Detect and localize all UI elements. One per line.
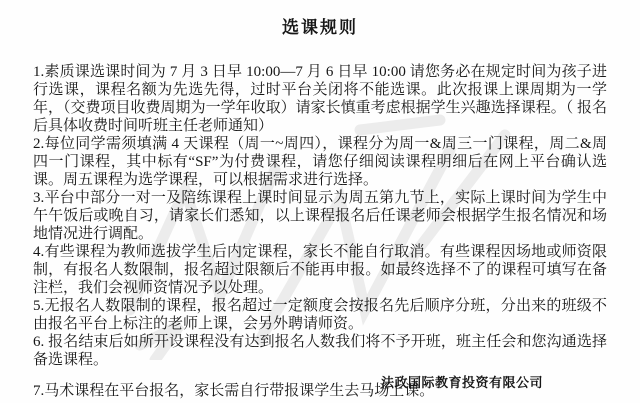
rules-list: 1.素质课选课时间为 7 月 3 日早 10:00—7 月 6 日早 10:00… xyxy=(0,38,640,400)
rule-paragraph-2: 2.每位同学需须填满 4 天课程（周一~周四），课程分为周一&周三一门课程，周二… xyxy=(33,135,607,189)
page-title: 选课规则 xyxy=(0,0,640,38)
rule-paragraph-6: 6. 报名结束后如所开设课程没有达到报名人数我们将不予开班，班主任会和您沟通选择… xyxy=(33,333,607,369)
company-signature: 法政国际教育投资有限公司 xyxy=(381,372,543,391)
rule-paragraph-4: 4.有些课程为教师选拔学生后内定课程，家长不能自行取消。有些课程因场地或师资限制… xyxy=(33,243,607,297)
rule-paragraph-1: 1.素质课选课时间为 7 月 3 日早 10:00—7 月 6 日早 10:00… xyxy=(33,63,607,135)
document-page: 选课规则 1.素质课选课时间为 7 月 3 日早 10:00—7 月 6 日早 … xyxy=(0,0,640,403)
rule-paragraph-5: 5.无报名人数限制的课程，报名超过一定额度会按报名先后顺序分班，分出来的班级不由… xyxy=(33,297,607,333)
rule-paragraph-3: 3.平台中部分一对一及陪练课程上课时间显示为周五第九节上，实际上课时间为学生中午… xyxy=(33,189,607,243)
